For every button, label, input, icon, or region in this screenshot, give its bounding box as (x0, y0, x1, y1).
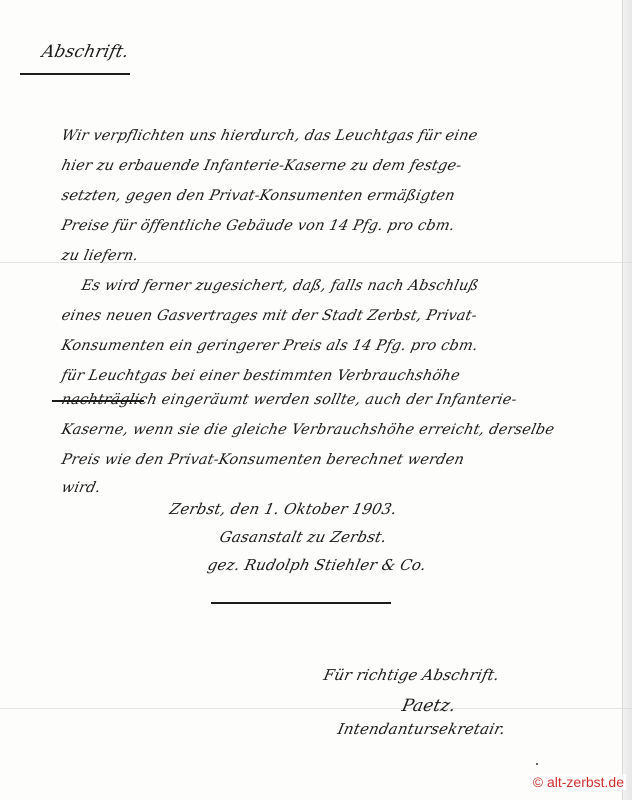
body-line: Konsumenten ein geringerer Preis als 14 … (60, 338, 479, 354)
body-line: Kaserne, wenn sie die gleiche Verbrauchs… (60, 422, 556, 438)
document-heading: Abschrift. (40, 42, 131, 62)
place-date: Zerbst, den 1. Oktober 1903. (168, 500, 399, 518)
body-line: eines neuen Gasvertrages mit der Stadt Z… (60, 308, 478, 324)
copyright-watermark: © alt-zerbst.de (531, 774, 626, 790)
body-line: zu liefern. (60, 248, 140, 264)
body-line: Preise für öffentliche Gebäude von 14 Pf… (60, 218, 456, 234)
fold-line (0, 708, 632, 709)
document-page: Abschrift. Wir verpflichten uns hierdurc… (0, 0, 632, 800)
body-line: wird. (60, 480, 102, 496)
org-line-1: Gasanstalt zu Zerbst. (218, 528, 388, 546)
signature: Paetz. (400, 696, 458, 716)
body-line: für Leuchtgas bei einer bestimmten Verbr… (60, 368, 461, 384)
heading-underline (20, 73, 130, 75)
separator-rule (211, 602, 391, 604)
body-line: Wir verpflichten uns hierdurch, das Leuc… (60, 128, 479, 144)
page-edge (622, 0, 632, 800)
body-line: Es wird ferner zugesichert, daß, falls n… (80, 278, 480, 294)
body-line: setzten, gegen den Privat-Konsumenten er… (60, 188, 456, 204)
signatory-title: Intendantursekretair. (336, 720, 507, 738)
certification-line: Für richtige Abschrift. (322, 666, 501, 684)
body-line: hier zu erbauende Infanterie-Kaserne zu … (60, 158, 463, 174)
ink-dot (536, 763, 538, 765)
org-line-2: gez. Rudolph Stiehler & Co. (206, 556, 428, 574)
body-line: Preis wie den Privat-Konsumenten berechn… (60, 452, 466, 468)
nachtraeglich-underline (52, 400, 144, 402)
